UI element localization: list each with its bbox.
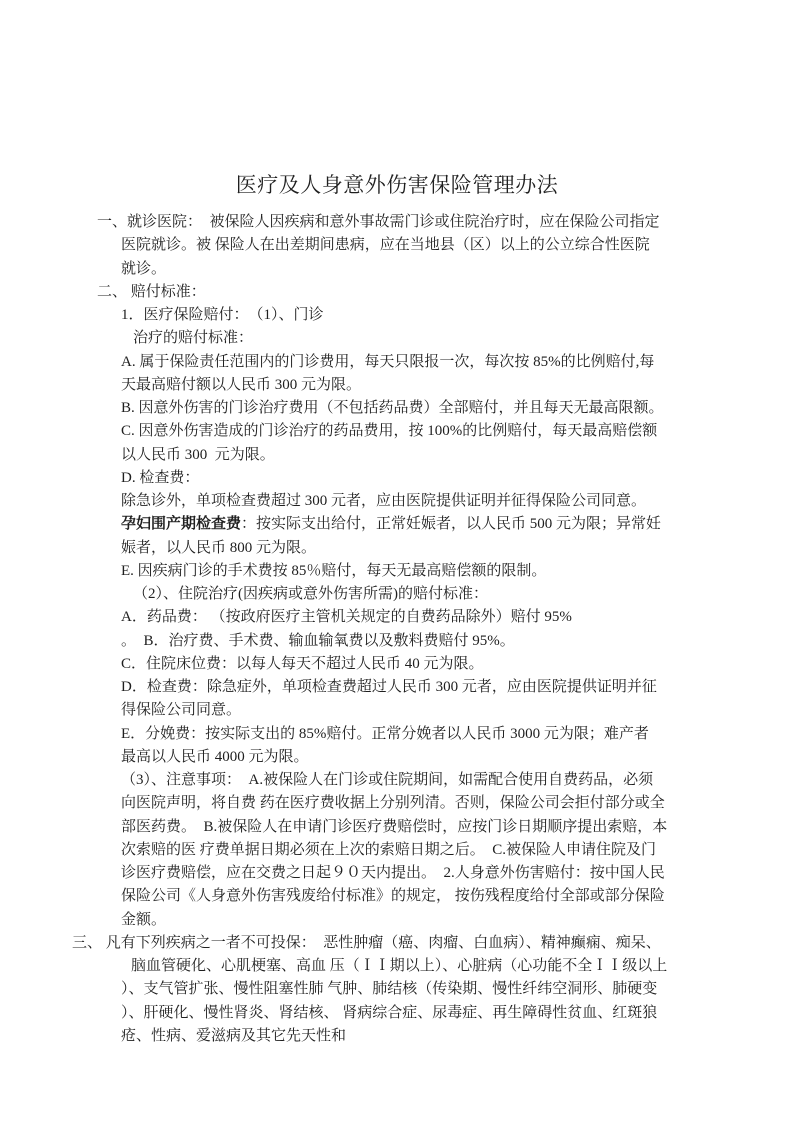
document-line-text: E．分娩费：按实际支出的 85%赔付。正常分娩者以人民币 3000 元为限；难产… — [121, 726, 649, 742]
document-line: 二、 赔付标准： — [97, 281, 794, 304]
document-line-text: 以人民币 300 元为限。 — [121, 447, 275, 463]
document-line-text: 部医药费。 B.被保险人在申请门诊医疗费赔偿时，应按门诊日期顺序提出索赔，本 — [121, 819, 667, 835]
document-line-text: 一、就诊医院： 被保险人因疾病和意外事故需门诊或住院治疗时，应在保险公司指定 — [97, 214, 660, 230]
document-line-text: C．住院床位费：以每人每天不超过人民币 40 元为限。 — [121, 656, 484, 672]
document-line: 得保险公司同意。 — [121, 699, 794, 722]
document-line-text: 得保险公司同意。 — [121, 702, 241, 718]
document-line: 疮、性病、爱滋病及其它先天性和 — [121, 1025, 794, 1048]
document-line-text: ）、肝硬化、慢性肾炎、肾结核、 肾病综合症、尿毒症、再生障碍性贫血、红斑狼 — [121, 1005, 657, 1021]
document-line-text: D．检查费：除急症外，单项检查费超过人民币 300 元者，应由医院提供证明并征 — [121, 679, 657, 695]
document-line-text: B. 因意外伤害的门诊治疗费用（不包括药品费）全部赔付，并且每天无最高限额。 — [121, 400, 664, 416]
document-line-text: 1．医疗保险赔付： （1）、门诊 — [121, 307, 324, 323]
document-line-text: 向医院声明，将自费 药在医疗费收据上分别列清。否则，保险公司会拒付部分或全 — [121, 795, 665, 811]
document-page: 医疗及人身意外伤害保险管理办法 一、就诊医院： 被保险人因疾病和意外事故需门诊或… — [0, 0, 794, 1123]
document-line: （3）、注意事项： A.被保险人在门诊或住院期间，如需配合使用自费药品，必须 — [121, 769, 794, 792]
document-line: 天最高赔付额以人民币 300 元为限。 — [121, 374, 794, 397]
document-line-text: ）、支气管扩张、慢性阻塞性肺 气肿、肺结核（传染期、慢性纤纬空洞形、肺硬变 — [121, 981, 657, 997]
document-line-text: A．药品费： （按政府医疗主管机关规定的自费药品除外）赔付 95% — [121, 609, 572, 625]
document-line-text: 二、 赔付标准： — [97, 284, 206, 300]
document-line-text: 脑血管硬化、心肌梗塞、高血 压（ＩＩ期以上）、心脏病（心功能不全ＩＩ级以上 — [131, 958, 667, 974]
document-line: 娠者，以人民币 800 元为限。 — [121, 537, 794, 560]
document-line: 三、 凡有下列疾病之一者不可投保： 恶性肿瘤（癌、肉瘤、白血病）、精神癫痫、痴呆… — [72, 932, 794, 955]
document-line: D．检查费：除急症外，单项检查费超过人民币 300 元者，应由医院提供证明并征 — [121, 676, 794, 699]
document-line-text: 金额。 — [121, 912, 166, 928]
document-line-text: 治疗的赔付标准： — [133, 330, 253, 346]
document-line: 除急诊外，单项检查费超过 300 元者，应由医院提供证明并征得保险公司同意。 — [121, 490, 794, 513]
document-line: 金额。 — [121, 909, 794, 932]
document-line: 。 B．治疗费、手术费、输血输氧费以及敷料费赔付 95%。 — [121, 630, 794, 653]
document-line: 以人民币 300 元为限。 — [121, 444, 794, 467]
document-line-text: 除急诊外，单项检查费超过 300 元者，应由医院提供证明并征得保险公司同意。 — [121, 493, 646, 509]
document-line-text: ：按实际支出给付，正常妊娠者，以人民币 500 元为限；异常妊 — [241, 516, 661, 532]
document-line: 保险公司《人身意外伤害残废给付标准》的规定， 按伤残程度给付全部或部分保险 — [121, 885, 794, 908]
document-line: 向医院声明，将自费 药在医疗费收据上分别列清。否则，保险公司会拒付部分或全 — [121, 792, 794, 815]
document-line: A. 属于保险责任范围内的门诊费用，每天只限报一次，每次按 85%的比例赔付,每 — [121, 351, 794, 374]
document-line-text: 天最高赔付额以人民币 300 元为限。 — [121, 377, 361, 393]
document-line-bold-text: 孕妇围产期检查费 — [121, 516, 241, 532]
document-line-text: 疮、性病、爱滋病及其它先天性和 — [121, 1028, 346, 1044]
document-line-text: 保险公司《人身意外伤害残废给付标准》的规定， 按伤残程度给付全部或部分保险 — [121, 888, 665, 904]
document-line-text: 。 B．治疗费、手术费、输血输氧费以及敷料费赔付 95%。 — [121, 633, 515, 649]
document-line-text: 次索赔的医 疗费单据日期必须在上次的索赔日期之后。 C.被保险人申请住院及门 — [121, 842, 656, 858]
document-line: E．分娩费：按实际支出的 85%赔付。正常分娩者以人民币 3000 元为限；难产… — [121, 723, 794, 746]
document-line: C. 因意外伤害造成的门诊治疗的药品费用，按 100%的比例赔付，每天最高赔偿额 — [121, 420, 794, 443]
document-line-text: C. 因意外伤害造成的门诊治疗的药品费用，按 100%的比例赔付，每天最高赔偿额 — [121, 423, 657, 439]
document-line-text: 就诊。 — [121, 261, 166, 277]
document-line: D. 检查费： — [121, 467, 794, 490]
document-line-text: D. 检查费： — [121, 470, 199, 486]
document-line: 治疗的赔付标准： — [133, 327, 794, 350]
document-line-text: E. 因疾病门诊的手术费按 85％赔付，每天无最高赔偿额的限制。 — [121, 563, 546, 579]
document-line: E. 因疾病门诊的手术费按 85％赔付，每天无最高赔偿额的限制。 — [121, 560, 794, 583]
document-line: 最高以人民币 4000 元为限。 — [121, 746, 794, 769]
document-line: A．药品费： （按政府医疗主管机关规定的自费药品除外）赔付 95% — [121, 606, 794, 629]
document-line: 一、就诊医院： 被保险人因疾病和意外事故需门诊或住院治疗时，应在保险公司指定 — [97, 211, 794, 234]
document-line: ）、肝硬化、慢性肾炎、肾结核、 肾病综合症、尿毒症、再生障碍性贫血、红斑狼 — [121, 1002, 794, 1025]
document-line: 诊医疗费赔偿，应在交费之日起９０天内提出。 2.人身意外伤害赔付：按中国人民 — [121, 862, 794, 885]
document-line: ）、支气管扩张、慢性阻塞性肺 气肿、肺结核（传染期、慢性纤纬空洞形、肺硬变 — [121, 978, 794, 1001]
document-line-text: 医院就诊。被 保险人在出差期间患病，应在当地县（区）以上的公立综合性医院 — [121, 237, 650, 253]
document-line: C．住院床位费：以每人每天不超过人民币 40 元为限。 — [121, 653, 794, 676]
document-title: 医疗及人身意外伤害保险管理办法 — [0, 172, 794, 198]
document-line-text: 诊医疗费赔偿，应在交费之日起９０天内提出。 2.人身意外伤害赔付：按中国人民 — [121, 865, 665, 881]
document-line-text: 三、 凡有下列疾病之一者不可投保： 恶性肿瘤（癌、肉瘤、白血病）、精神癫痫、痴呆… — [72, 935, 661, 951]
document-line-text: （2）、住院治疗(因疾病或意外伤害所需)的赔付标准： — [133, 586, 488, 602]
document-line-text: （3）、注意事项： A.被保险人在门诊或住院期间，如需配合使用自费药品，必须 — [121, 772, 653, 788]
document-line: 脑血管硬化、心肌梗塞、高血 压（ＩＩ期以上）、心脏病（心功能不全ＩＩ级以上 — [131, 955, 794, 978]
document-line-text: 最高以人民币 4000 元为限。 — [121, 749, 309, 765]
document-line: 部医药费。 B.被保险人在申请门诊医疗费赔偿时，应按门诊日期顺序提出索赔，本 — [121, 816, 794, 839]
document-line-text: A. 属于保险责任范围内的门诊费用，每天只限报一次，每次按 85%的比例赔付,每 — [121, 354, 654, 370]
document-line: 医院就诊。被 保险人在出差期间患病，应在当地县（区）以上的公立综合性医院 — [121, 234, 794, 257]
document-line: 次索赔的医 疗费单据日期必须在上次的索赔日期之后。 C.被保险人申请住院及门 — [121, 839, 794, 862]
document-line: （2）、住院治疗(因疾病或意外伤害所需)的赔付标准： — [133, 583, 794, 606]
document-line-text: 娠者，以人民币 800 元为限。 — [121, 540, 316, 556]
document-line: 孕妇围产期检查费：按实际支出给付，正常妊娠者，以人民币 500 元为限；异常妊 — [121, 513, 794, 536]
document-body: 一、就诊医院： 被保险人因疾病和意外事故需门诊或住院治疗时，应在保险公司指定医院… — [0, 211, 794, 1048]
document-line: B. 因意外伤害的门诊治疗费用（不包括药品费）全部赔付，并且每天无最高限额。 — [121, 397, 794, 420]
document-line: 1．医疗保险赔付： （1）、门诊 — [121, 304, 794, 327]
document-line: 就诊。 — [121, 258, 794, 281]
